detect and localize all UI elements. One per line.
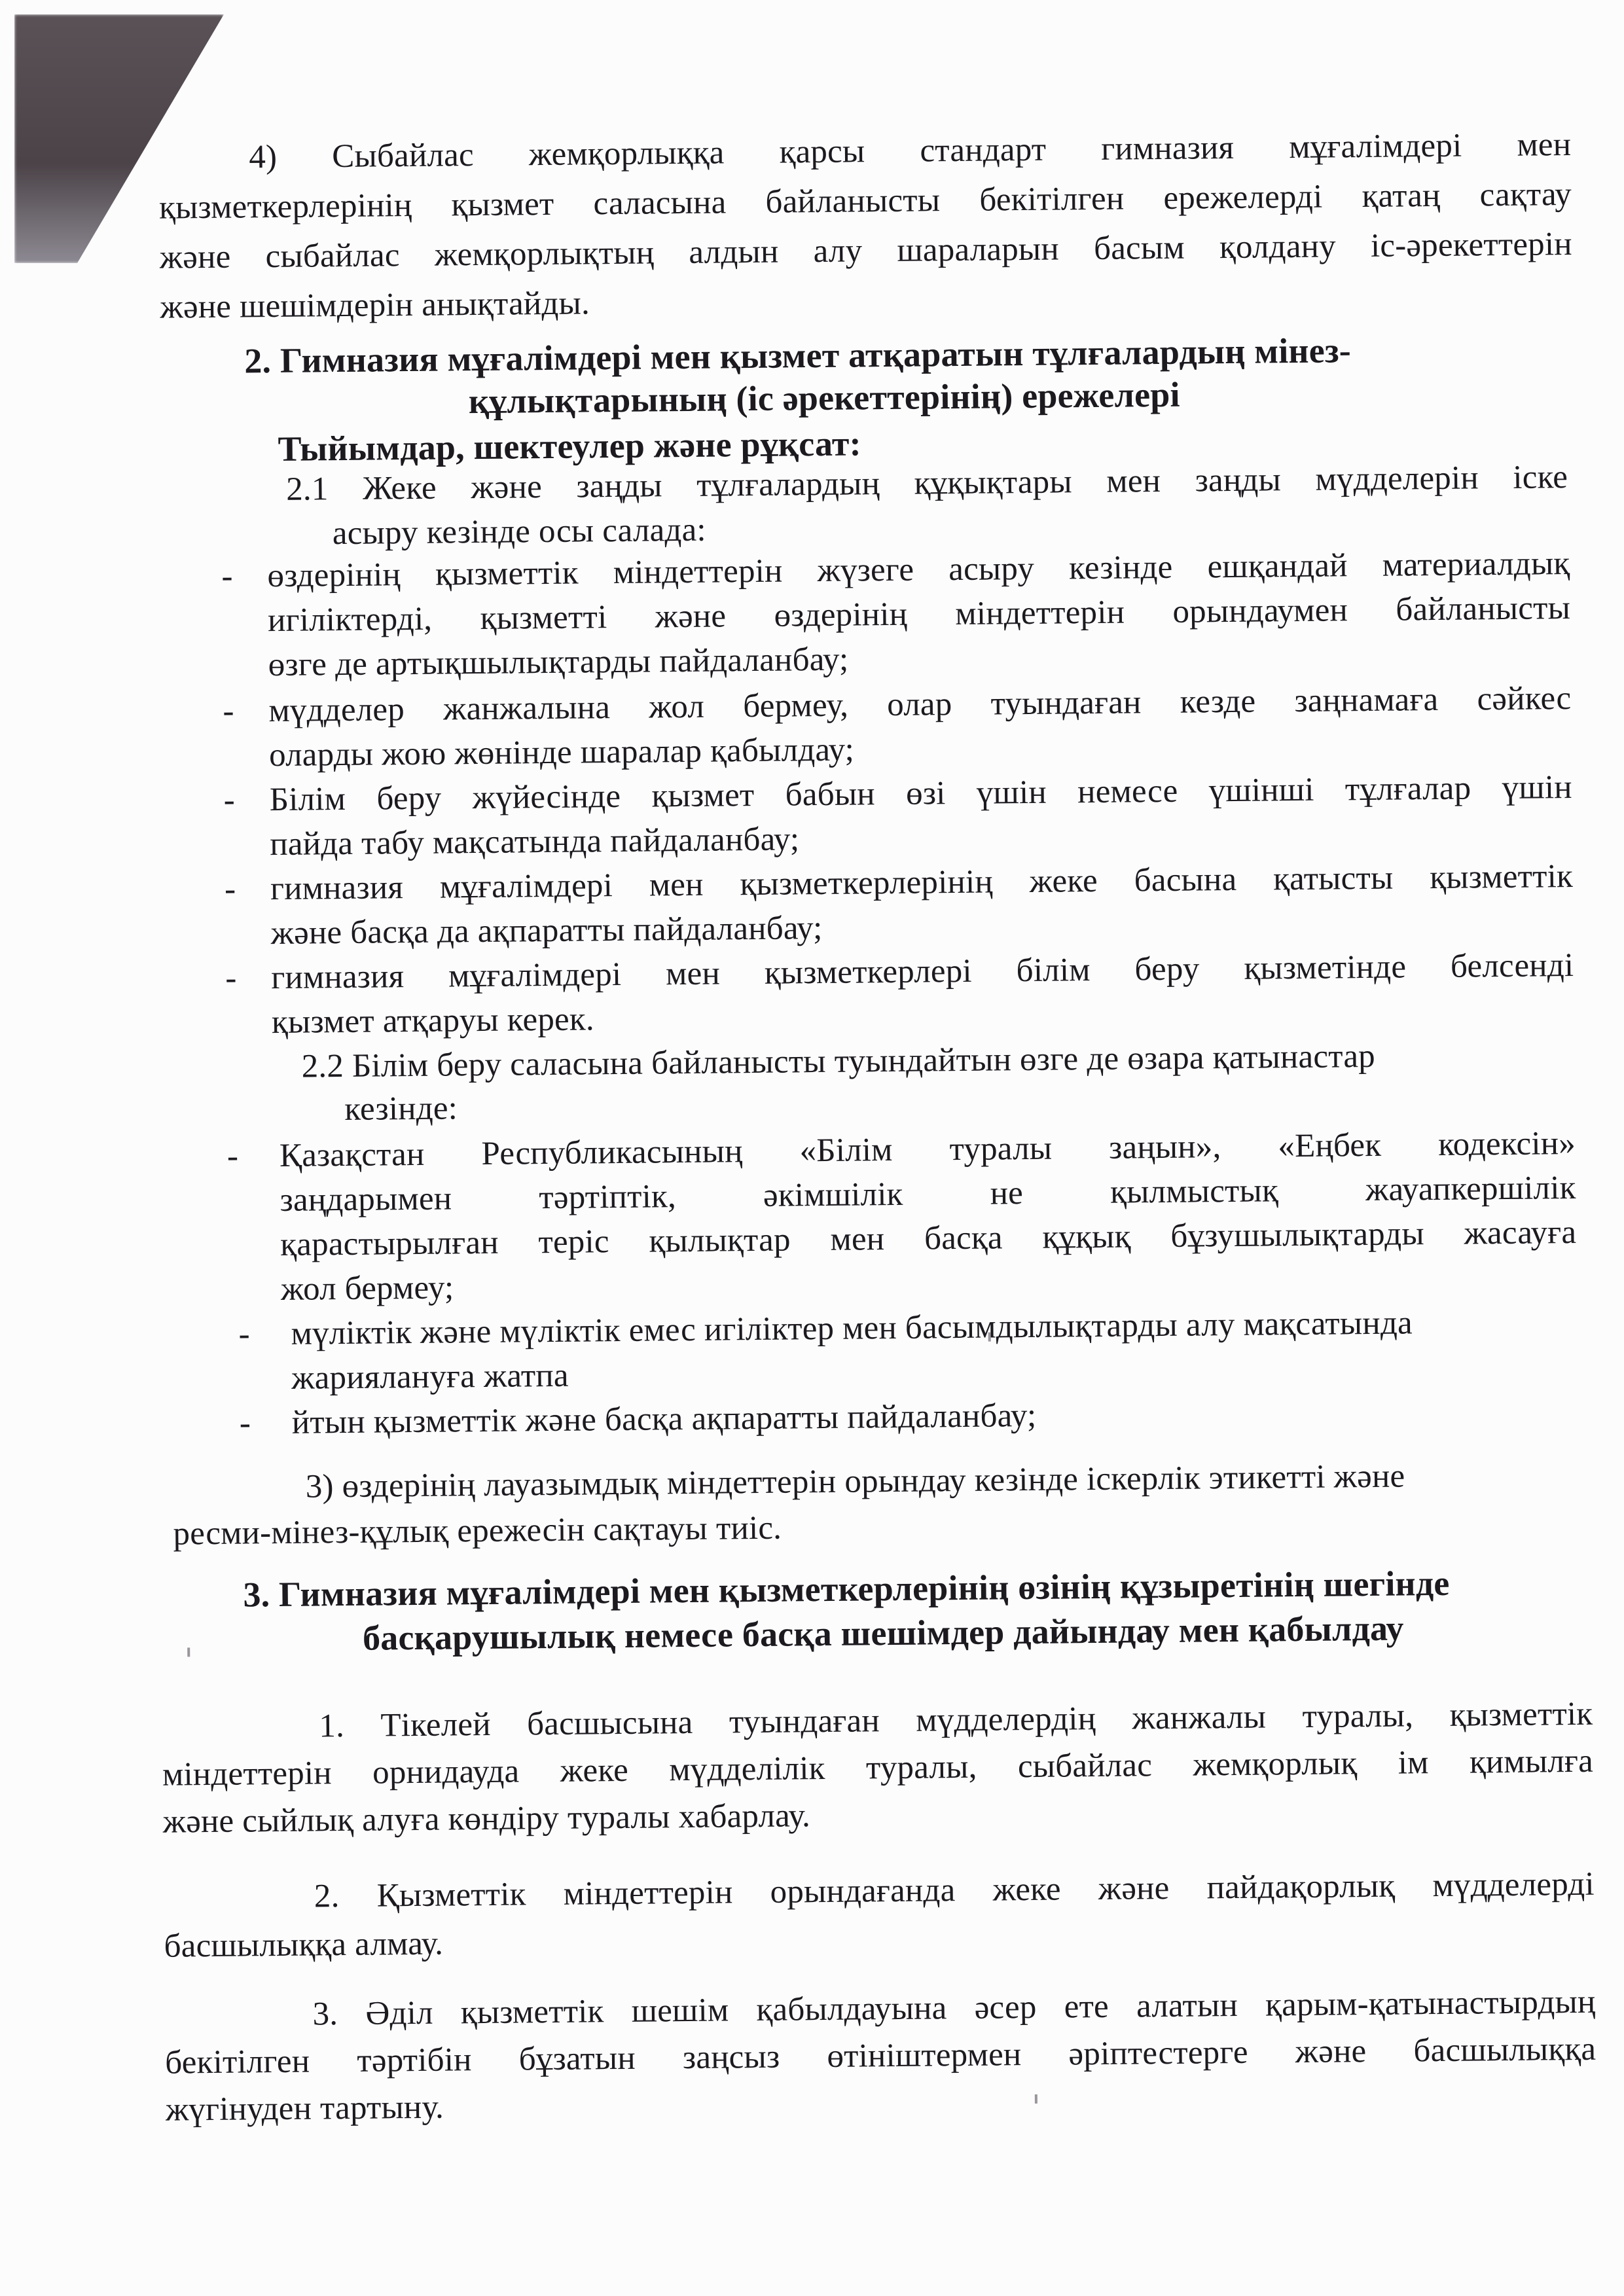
text-line: йтын қызметтік және басқа ақпаратты пайд…	[292, 1396, 1037, 1443]
scan-speck	[187, 1647, 190, 1657]
heading-line: құлықтарының (іс әрекеттерінің) ережелер…	[469, 375, 1180, 421]
text-line: 3. Әділ қызметтік шешім қабылдауына әсер…	[312, 1982, 1595, 2034]
text-line: 3) өздерінің лауазымдық міндеттерін орын…	[306, 1457, 1405, 1507]
text-line: жүгінуден тартыну.	[166, 2088, 444, 2130]
text-line: мүдделер жанжалына жол бермеу, олар туын…	[268, 679, 1571, 730]
text-line: ресми-мінез-құлық ережесін сақтауы тиіс.	[173, 1509, 782, 1554]
text-line: оларды жою жөнінде шаралар қабылдау;	[269, 730, 854, 776]
heading-line: басқарушылық немесе басқа шешімдер дайын…	[363, 1609, 1404, 1658]
text-line: жариялануға жатпа	[291, 1356, 569, 1398]
text-line: және сыбайлас жемқорлықтың алдын алу шар…	[160, 224, 1572, 278]
scan-speck	[988, 1333, 991, 1342]
text-line: гимназия мұғалімдері мен қызметкерлері б…	[271, 946, 1574, 997]
text-line: қызметкерлерінің қызмет саласына байланы…	[159, 175, 1572, 228]
text-line: 1. Тікелей басшысына туындаған мүдделерд…	[319, 1695, 1593, 1746]
text-line: қарастырылған теріс қылықтар мен басқа қ…	[280, 1213, 1576, 1265]
text-line: гимназия мұғалімдері мен қызметкерлеріні…	[270, 857, 1573, 908]
text-line: асыру кезінде осы салада:	[333, 511, 706, 553]
scan-speck	[1035, 2094, 1038, 2104]
document-page: 4) Сыбайлас жемқорлыққа қарсы стандарт г…	[0, 0, 1624, 2296]
text-line: пайда табу мақсатында пайдаланбау;	[270, 819, 799, 864]
text-line: Білім беру жүйесінде қызмет бабын өзі үш…	[269, 768, 1572, 819]
bullet-marker: -	[223, 781, 235, 820]
text-line: жол бермеу;	[281, 1268, 454, 1309]
heading-line: 3. Гимназия мұғалімдері мен қызметкерлер…	[243, 1564, 1450, 1615]
text-line: бекітілген тәртібін бұзатын заңсыз өтіні…	[165, 2030, 1596, 2083]
text-line: мүліктік және мүліктік емес игіліктер ме…	[291, 1303, 1413, 1353]
text-line: игіліктерді, қызметті және өздерінің мін…	[268, 588, 1570, 640]
bullet-marker: -	[240, 1403, 251, 1443]
text-line: және шешімдерін анықтайды.	[160, 283, 590, 327]
text-line: қызмет атқаруы керек.	[272, 999, 594, 1042]
bullet-marker: -	[225, 959, 237, 998]
bullet-marker: -	[238, 1314, 250, 1354]
text-line: міндеттерін орнидауда жеке мүдделілік ту…	[162, 1742, 1593, 1795]
heading-line: 2. Гимназия мұғалімдері мен қызмет атқар…	[244, 331, 1351, 380]
text-line: өзге де артықшылықтарды пайдаланбау;	[268, 640, 848, 685]
bullet-marker: -	[223, 692, 234, 731]
text-line: кезінде:	[344, 1088, 458, 1129]
section-2-subheading: Тыйымдар, шектеулер және рұқсат:	[278, 423, 861, 469]
bullet-marker: -	[227, 1137, 239, 1176]
text-line: және сыйлық алуға көндіру туралы хабарла…	[162, 1796, 810, 1841]
bullet-marker: -	[225, 870, 236, 909]
text-line: заңдарымен тәртіптік, әкімшілік не қылмы…	[280, 1168, 1576, 1220]
text-line: басшылыққа алмау.	[164, 1924, 443, 1966]
text-line: 2. Қызметтік міндеттерін орындағанда жек…	[314, 1865, 1595, 1916]
bullet-marker: -	[221, 557, 233, 596]
text-line: 4) Сыбайлас жемқорлыққа қарсы стандарт г…	[249, 125, 1571, 177]
text-line: 2.2 Білім беру саласына байланысты туынд…	[301, 1037, 1375, 1086]
text-line: және басқа да ақпаратты пайдаланбау;	[270, 908, 822, 953]
text-line: Қазақстан Республикасының «Білім туралы …	[280, 1124, 1576, 1175]
